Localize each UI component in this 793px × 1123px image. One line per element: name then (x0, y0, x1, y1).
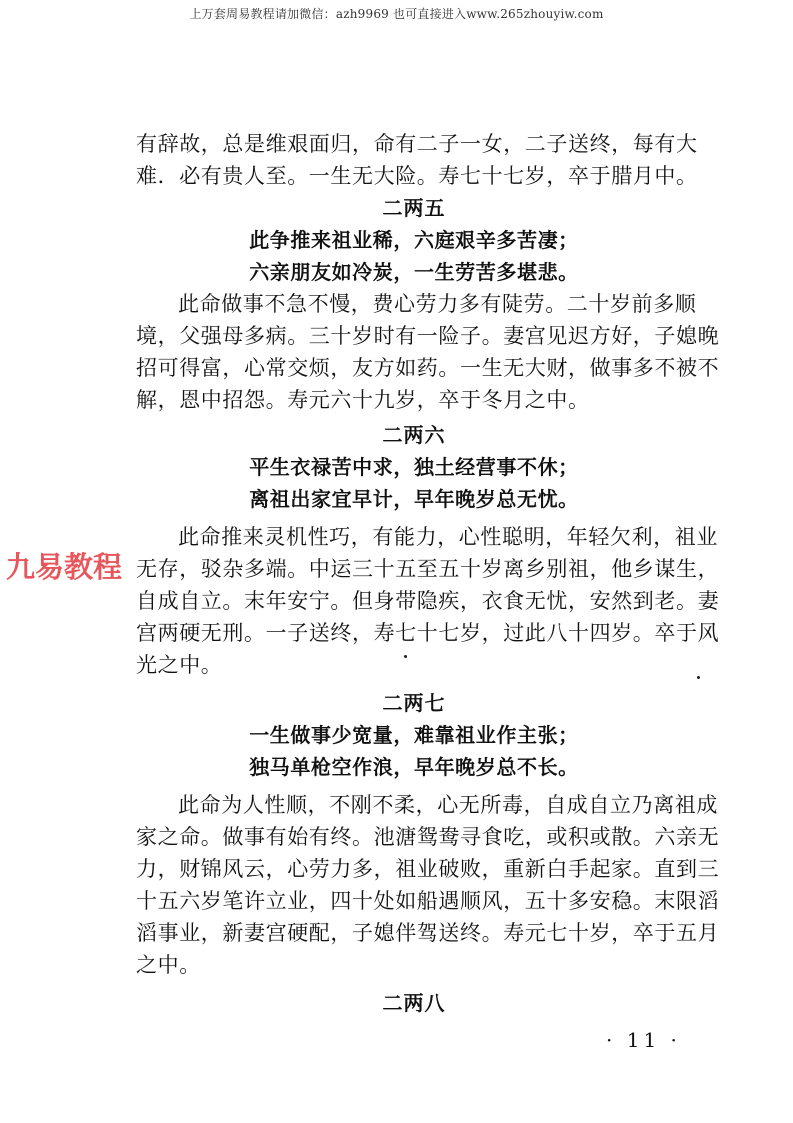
section-heading: 二两八 (136, 987, 692, 1019)
section-heading: 二两六 (136, 419, 692, 451)
poem-line: 平生衣禄苦中求，独土经营事不休； (136, 451, 692, 483)
watermark-logo: 九易教程 (6, 545, 122, 586)
text-line: 滔事业，新妻宫硬配，子媳伴驾送终。寿元七十岁，卒于五月 (136, 917, 692, 949)
text-line: 有辞故，总是维艰面归，命有二子一女，二子送终，每有大 (136, 128, 692, 160)
section-2-liang-6: 二两六 平生衣禄苦中求，独土经营事不休； 离祖出家宜早计，早年晚岁总无忧。 此命… (136, 419, 692, 681)
poem-line: 离祖出家宜早计，早年晚岁总无忧。 (136, 483, 692, 515)
text-line: 此命为人性顺，不刚不柔，心无所毒，自成自立乃离祖成 (136, 789, 692, 821)
section-heading: 二两五 (136, 192, 692, 224)
text-line: 力，财锦风云，心劳力多，祖业破败，重新白手起家。直到三 (136, 853, 692, 885)
text-line: 此命做事不急不慢，费心劳力多有陡劳。二十岁前多顺 (136, 288, 692, 320)
poem-line: 一生做事少宽量，难靠祖业作主张； (136, 719, 692, 751)
section-2-liang-8: 二两八 (136, 987, 692, 1019)
text-line: 难．必有贵人至。一生无大险。寿七十七岁，卒于腊月中。 (136, 160, 692, 192)
section-2-liang-7: 二两七 一生做事少宽量，难靠祖业作主张； 独马单枪空作浪，早年晚岁总不长。 此命… (136, 687, 692, 981)
text-line: 此命推来灵机性巧，有能力，心性聪明，年轻欠利，祖业 (136, 521, 692, 553)
continuation-paragraph: 有辞故，总是维艰面归，命有二子一女，二子送终，每有大 难．必有贵人至。一生无大险… (136, 128, 692, 192)
text-line: 之中。 (136, 949, 692, 981)
page-number: · 11 · (606, 1028, 681, 1052)
scan-speck (697, 676, 700, 679)
text-line: 家之命。做事有始有终。池溏鸳鸯寻食吃，或积或散。六亲无 (136, 821, 692, 853)
poem-line: 独马单枪空作浪，早年晚岁总不长。 (136, 751, 692, 783)
text-line: 招可得富，心常交烦，友方如药。一生无大财，做事多不被不 (136, 352, 692, 384)
poem-line: 六亲朋友如冷炭，一生劳苦多堪悲。 (136, 256, 692, 288)
text-line: 光之中。 (136, 649, 692, 681)
scan-speck (404, 655, 407, 658)
section-2-liang-5: 二两五 此争推来祖业稀，六庭艰辛多苦凄； 六亲朋友如冷炭，一生劳苦多堪悲。 此命… (136, 192, 692, 416)
text-line: 十五六岁笔许立业，四十处如船遇顺风，五十多安稳。末限滔 (136, 885, 692, 917)
text-line: 无存，驳杂多端。中运三十五至五十岁离乡别祖，他乡谋生， (136, 553, 692, 585)
page-content: 有辞故，总是维艰面归，命有二子一女，二子送终，每有大 难．必有贵人至。一生无大险… (136, 128, 692, 1019)
header-banner: 上万套周易教程请加微信：azh9969 也可直接进入www.265zhouyiw… (0, 5, 793, 22)
text-line: 宫两硬无刑。一子送终，寿七十七岁，过此八十四岁。卒于风 (136, 617, 692, 649)
section-heading: 二两七 (136, 687, 692, 719)
text-line: 自成自立。末年安宁。但身带隐疾，衣食无忧，安然到老。妻 (136, 585, 692, 617)
text-line: 解，恩中招怨。寿元六十九岁，卒于冬月之中。 (136, 384, 692, 416)
text-line: 境，父强母多病。三十岁时有一险子。妻宫见迟方好，子媳晚 (136, 320, 692, 352)
poem-line: 此争推来祖业稀，六庭艰辛多苦凄； (136, 224, 692, 256)
